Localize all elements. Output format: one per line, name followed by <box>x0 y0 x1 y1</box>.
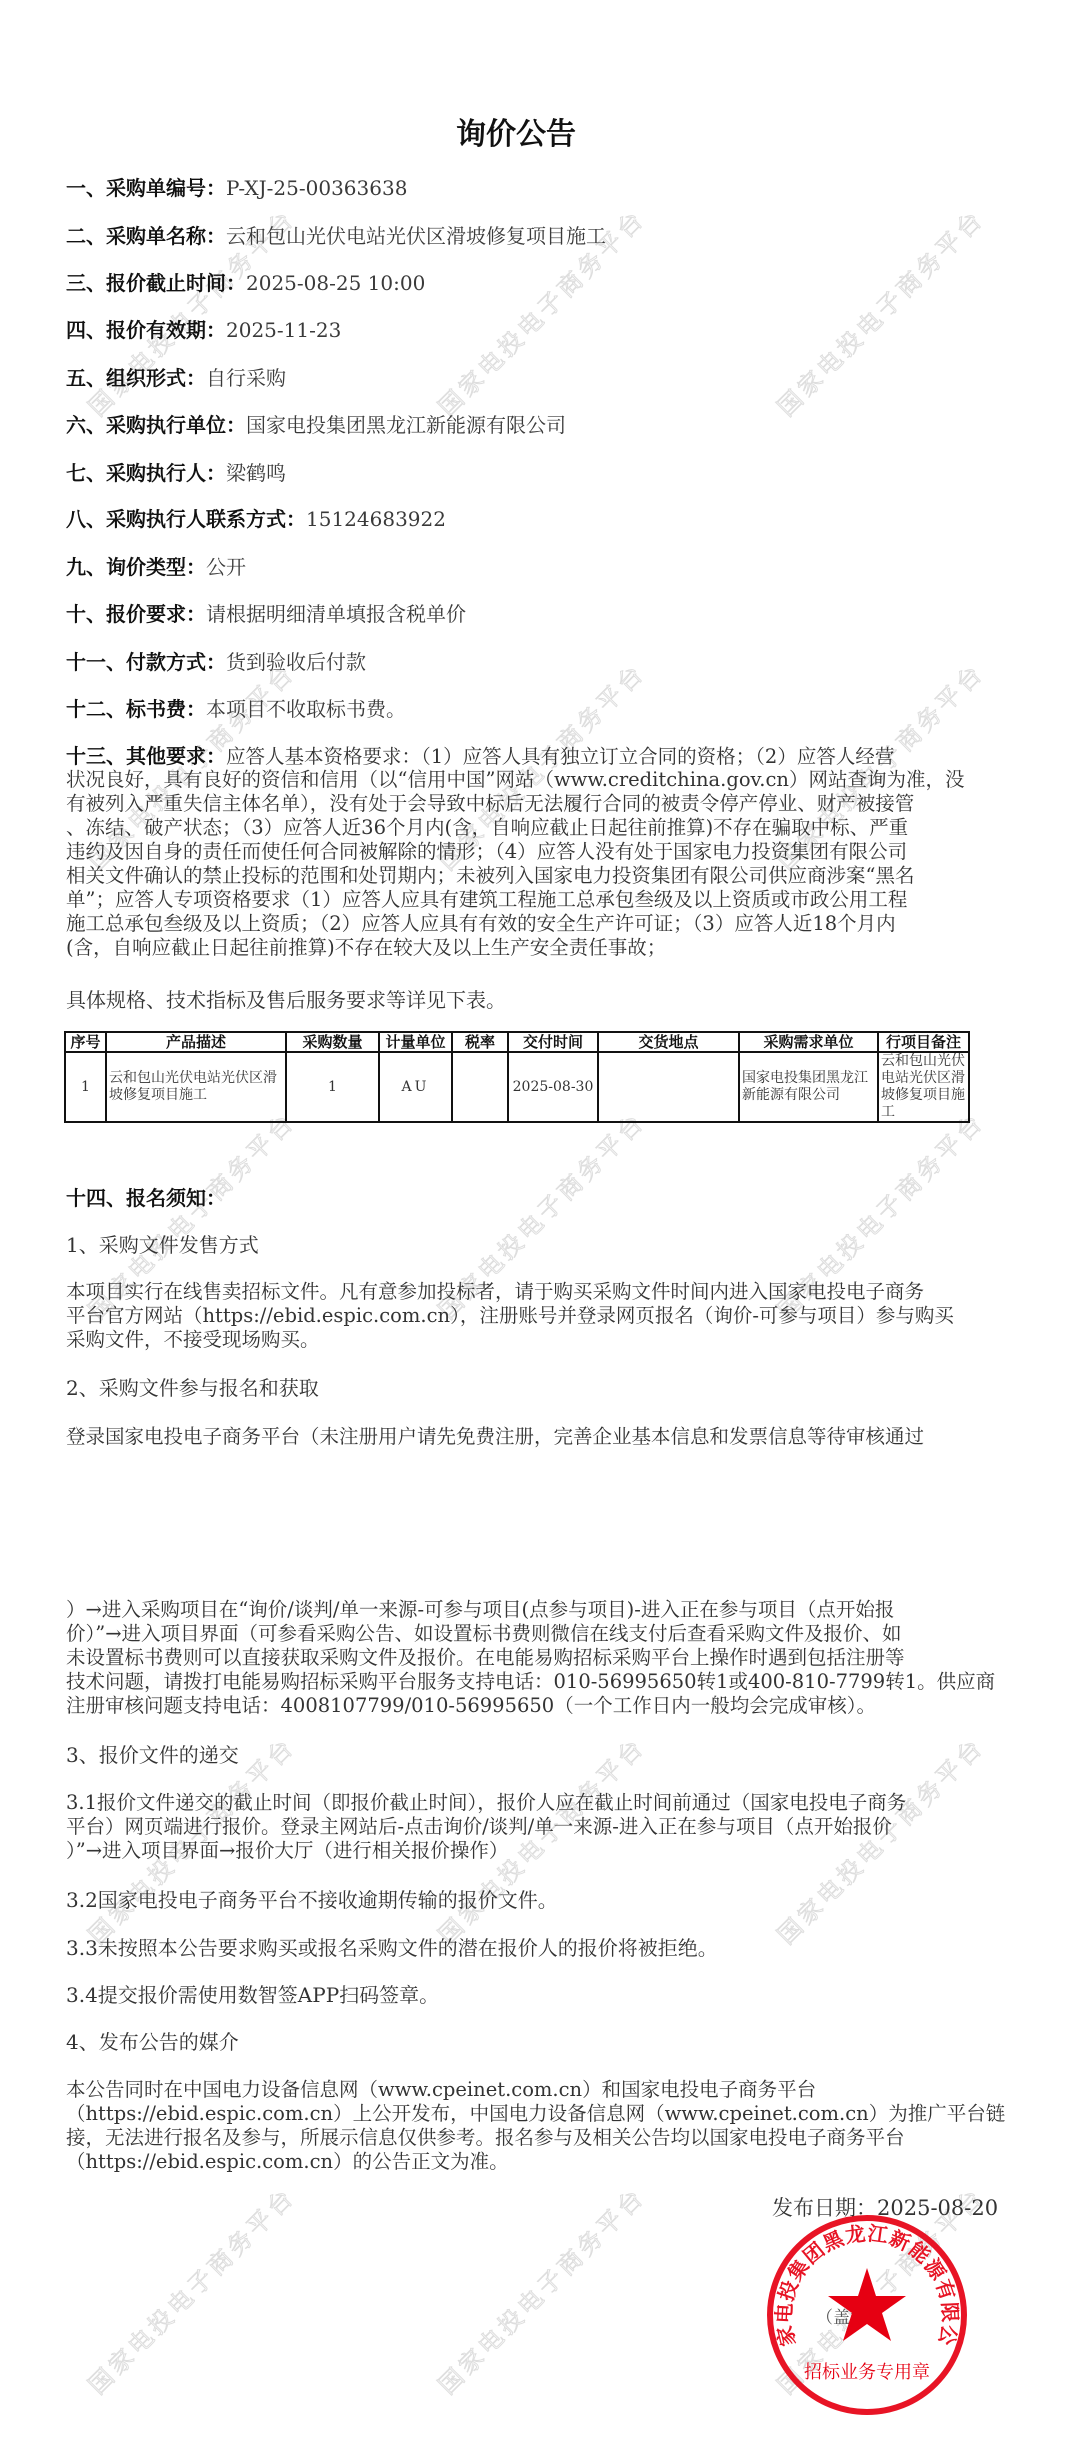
field-organization-form: 五、组织形式：自行采购 <box>66 366 286 390</box>
registration-heading-label: 十四、报名须知： <box>66 1186 226 1210</box>
field-tender-fee: 十二、标书费：本项目不收取标书费。 <box>66 697 406 721</box>
section-3-2: 3.2国家电投电子商务平台不接收逾期传输的报价文件。 <box>66 1888 558 1912</box>
field-value: 国家电投集团黑龙江新能源有限公司 <box>246 413 566 437</box>
announcement-document: 询价公告 一、采购单编号：P-XJ-25-00363638 二、采购单名称：云和… <box>0 0 1080 2458</box>
cell-tax-rate <box>452 1052 508 1122</box>
field-label: 十一、付款方式： <box>66 650 226 674</box>
items-table-wrap: 序号 产品描述 采购数量 计量单位 税率 交付时间 交货地点 采购需求单位 行项… <box>64 1031 970 1123</box>
cell-remark: 云和包山光伏电站光伏区滑坡修复项目施工 <box>878 1052 969 1122</box>
field-quote-requirement: 十、报价要求：请根据明细清单填报含税单价 <box>66 602 466 626</box>
cell-delivery-time: 2025-08-30 <box>508 1052 598 1122</box>
items-table: 序号 产品描述 采购数量 计量单位 税率 交付时间 交货地点 采购需求单位 行项… <box>64 1031 970 1123</box>
section-2-body-continued: ）→进入采购项目在“询价/谈判/单一来源-可参与项目(点参与项目)-进入正在参与… <box>66 1598 976 1718</box>
col-header-delivery-time: 交付时间 <box>508 1032 598 1052</box>
col-header-tax-rate: 税率 <box>452 1032 508 1052</box>
field-value: 云和包山光伏电站光伏区滑坡修复项目施工 <box>226 224 606 248</box>
field-value: 2025-08-25 10:00 <box>246 271 425 295</box>
table-row: 1 云和包山光伏电站光伏区滑坡修复项目施工 1 AU 2025-08-30 国家… <box>65 1052 969 1122</box>
field-quote-deadline: 三、报价截止时间：2025-08-25 10:00 <box>66 271 425 295</box>
paragraph-line: 施工总承包叁级及以上资质；（2）应答人应具有有效的安全生产许可证；（3）应答人近… <box>66 912 976 936</box>
field-value: 本项目不收取标书费。 <box>206 697 406 721</box>
field-label: 二、采购单名称： <box>66 224 226 248</box>
paragraph-line: 注册审核问题支持电话：4008107799/010-56995650（一个工作日… <box>66 1694 976 1718</box>
page-title: 询价公告 <box>0 118 1056 152</box>
field-label: 三、报价截止时间： <box>66 271 246 295</box>
paragraph-line: 本公告同时在中国电力设备信息网（www.cpeinet.com.cn）和国家电投… <box>66 2078 976 2102</box>
cell-description: 云和包山光伏电站光伏区滑坡修复项目施工 <box>106 1052 286 1122</box>
field-payment-method: 十一、付款方式：货到验收后付款 <box>66 650 366 674</box>
paragraph-line: 单”；应答人专项资格要求（1）应答人应具有建筑工程施工总承包叁级及以上资质或市政… <box>66 888 976 912</box>
field-value: 自行采购 <box>206 366 286 390</box>
paragraph-line: ）”→进入项目界面→报价大厅（进行相关报价操作） <box>66 1839 976 1863</box>
paragraph-line: 平台）网页端进行报价。登录主网站后-点击询价/谈判/单一来源-进入正在参与项目（… <box>66 1815 976 1839</box>
section-3-title: 3、报价文件的递交 <box>66 1743 239 1767</box>
col-header-remark: 行项目备注 <box>878 1032 969 1052</box>
paragraph-line: 采购文件，不接受现场购买。 <box>66 1328 976 1352</box>
field-inquiry-type: 九、询价类型：公开 <box>66 555 246 579</box>
field-executor-contact: 八、采购执行人联系方式：15124683922 <box>66 507 446 531</box>
cell-demand-unit: 国家电投集团黑龙江新能源有限公司 <box>739 1052 878 1122</box>
paragraph-line: 、冻结、破产状态；（3）应答人近36个月内(含，自响应截止日起往前推算)不存在骗… <box>66 816 976 840</box>
field-value: 梁鹤鸣 <box>226 461 286 485</box>
cell-quantity: 1 <box>286 1052 379 1122</box>
table-header-row: 序号 产品描述 采购数量 计量单位 税率 交付时间 交货地点 采购需求单位 行项… <box>65 1032 969 1052</box>
paragraph-line: 价）”→进入项目界面（可参看采购公告、如设置标书费则微信在线支付后查看采购文件及… <box>66 1622 976 1646</box>
col-header-quantity: 采购数量 <box>286 1032 379 1052</box>
field-label: 四、报价有效期： <box>66 318 226 342</box>
col-header-no: 序号 <box>65 1032 106 1052</box>
paragraph-line: 3.1报价文件递交的截止时间（即报价截止时间），报价人应在截止时间前通过（国家电… <box>66 1791 976 1815</box>
paragraph-line: 接，无法进行报名及参与，所展示信息仅供参考。报名参与及相关公告均以国家电投电子商… <box>66 2126 976 2150</box>
field-order-number: 一、采购单编号：P-XJ-25-00363638 <box>66 176 407 200</box>
other-requirements: 十三、其他要求：应答人基本资格要求：（1）应答人具有独立订立合同的资格；（2）应… <box>66 744 976 960</box>
paragraph-line: (含，自响应截止日起往前推算)不存在较大及以上生产安全责任事故； <box>66 936 976 960</box>
section-3-4: 3.4提交报价需使用数智签APP扫码签章。 <box>66 1983 439 2007</box>
field-label: 十二、标书费： <box>66 697 206 721</box>
section-2-body-start: 登录国家电投电子商务平台（未注册用户请先免费注册，完善企业基本信息和发票信息等待… <box>66 1425 976 1449</box>
field-label: 十、报价要求： <box>66 602 206 626</box>
paragraph-line: 状况良好，具有良好的资信和信用（以“信用中国”网站（www.creditchin… <box>66 768 976 792</box>
cell-unit: AU <box>379 1052 452 1122</box>
field-executing-unit: 六、采购执行单位：国家电投集团黑龙江新能源有限公司 <box>66 413 566 437</box>
col-header-demand-unit: 采购需求单位 <box>739 1032 878 1052</box>
paragraph-line: 违约及因自身的责任而使任何合同被解除的情形；（4）应答人没有处于国家电力投资集团… <box>66 840 976 864</box>
field-order-name: 二、采购单名称：云和包山光伏电站光伏区滑坡修复项目施工 <box>66 224 606 248</box>
field-value: 货到验收后付款 <box>226 650 366 674</box>
field-label: 八、采购执行人联系方式： <box>66 507 306 531</box>
field-label: 六、采购执行单位： <box>66 413 246 437</box>
cell-no: 1 <box>65 1052 106 1122</box>
paragraph-line: 应答人基本资格要求：（1）应答人具有独立订立合同的资格；（2）应答人经营 <box>226 745 894 768</box>
section-3-3: 3.3未按照本公告要求购买或报名采购文件的潜在报价人的报价将被拒绝。 <box>66 1936 718 1960</box>
field-quote-validity: 四、报价有效期：2025-11-23 <box>66 318 341 342</box>
col-header-unit: 计量单位 <box>379 1032 452 1052</box>
paragraph-line: （https://ebid.espic.com.cn）上公开发布，中国电力设备信… <box>66 2102 976 2126</box>
field-label: 九、询价类型： <box>66 555 206 579</box>
paragraph-line: 技术问题，请拨打电能易购招标采购平台服务支持电话：010-56995650转1或… <box>66 1670 976 1694</box>
paragraph-line: 未设置标书费则可以直接获取采购文件及报价。在电能易购招标采购平台上操作时遇到包括… <box>66 1646 976 1670</box>
section-1-body: 本项目实行在线售卖招标文件。凡有意参加投标者，请于购买采购文件时间内进入国家电投… <box>66 1280 976 1352</box>
field-value: P-XJ-25-00363638 <box>226 176 407 200</box>
section-3-1-body: 3.1报价文件递交的截止时间（即报价截止时间），报价人应在截止时间前通过（国家电… <box>66 1791 976 1863</box>
section-2-title: 2、采购文件参与报名和获取 <box>66 1376 319 1400</box>
seal-purpose-text: 招标业务专用章 <box>804 2362 930 2383</box>
col-header-delivery-place: 交货地点 <box>598 1032 739 1052</box>
star-icon <box>828 2268 906 2341</box>
paragraph-line: 登录国家电投电子商务平台（未注册用户请先免费注册，完善企业基本信息和发票信息等待… <box>66 1425 976 1449</box>
field-label: 一、采购单编号： <box>66 176 226 200</box>
paragraph-line: 本项目实行在线售卖招标文件。凡有意参加投标者，请于购买采购文件时间内进入国家电投… <box>66 1280 976 1304</box>
paragraph-line: 有被列入严重失信主体名单），没有处于会导致中标后无法履行合同的被责令停产停业、财… <box>66 792 976 816</box>
official-seal-stamp: 国家电投集团黑龙江新能源有限公司 （盖章） 招标业务专用章 <box>765 2213 969 2417</box>
registration-heading: 十四、报名须知： <box>66 1186 226 1210</box>
field-label: 五、组织形式： <box>66 366 206 390</box>
paragraph-line: 平台官方网站（https://ebid.espic.com.cn），注册账号并登… <box>66 1304 976 1328</box>
section-4-body: 本公告同时在中国电力设备信息网（www.cpeinet.com.cn）和国家电投… <box>66 2078 976 2174</box>
field-label: 七、采购执行人： <box>66 461 226 485</box>
field-value: 请根据明细清单填报含税单价 <box>206 602 466 626</box>
paragraph-line: ）→进入采购项目在“询价/谈判/单一来源-可参与项目(点参与项目)-进入正在参与… <box>66 1598 976 1622</box>
cell-delivery-place <box>598 1052 739 1122</box>
section-4-title: 4、发布公告的媒介 <box>66 2030 239 2054</box>
other-requirements-label: 十三、其他要求： <box>66 744 226 768</box>
col-header-description: 产品描述 <box>106 1032 286 1052</box>
section-1-title: 1、采购文件发售方式 <box>66 1233 259 1257</box>
table-intro: 具体规格、技术指标及售后服务要求等详见下表。 <box>66 988 506 1012</box>
field-executor: 七、采购执行人：梁鹤鸣 <box>66 461 286 485</box>
paragraph-line: 相关文件确认的禁止投标的范围和处罚期内；未被列入国家电力投资集团有限公司供应商涉… <box>66 864 976 888</box>
field-value: 公开 <box>206 555 246 579</box>
paragraph-line: （https://ebid.espic.com.cn）的公告正文为准。 <box>66 2150 976 2174</box>
field-value: 2025-11-23 <box>226 318 341 342</box>
field-value: 15124683922 <box>306 507 446 531</box>
